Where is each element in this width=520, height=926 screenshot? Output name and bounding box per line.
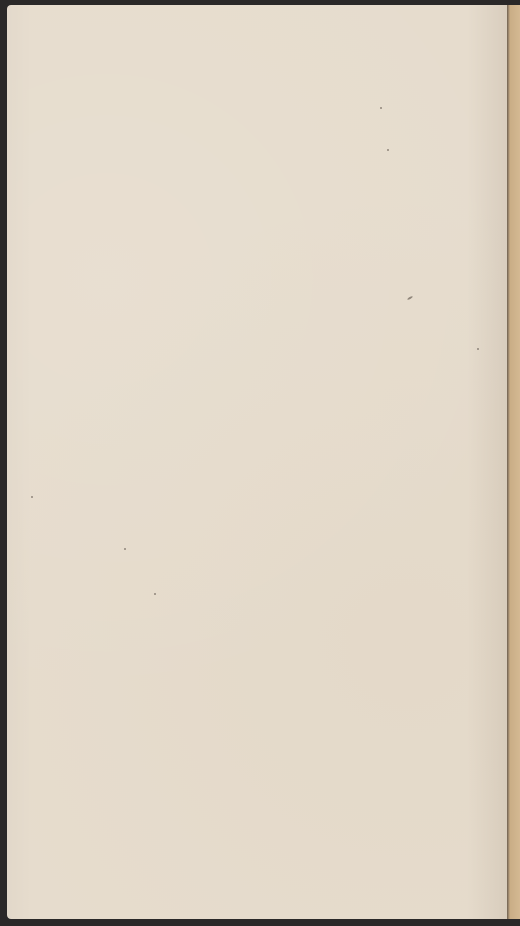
scanned-page-view	[0, 0, 520, 926]
paper-speck	[380, 107, 382, 109]
paper-fiber	[407, 296, 413, 301]
paper-speck	[31, 496, 33, 498]
adjacent-page-edge	[507, 5, 520, 919]
paper-speck	[477, 348, 479, 350]
paper-speck	[387, 149, 389, 151]
paper-speck	[154, 593, 156, 595]
paper-speck	[124, 548, 126, 550]
blank-book-page	[7, 5, 507, 919]
